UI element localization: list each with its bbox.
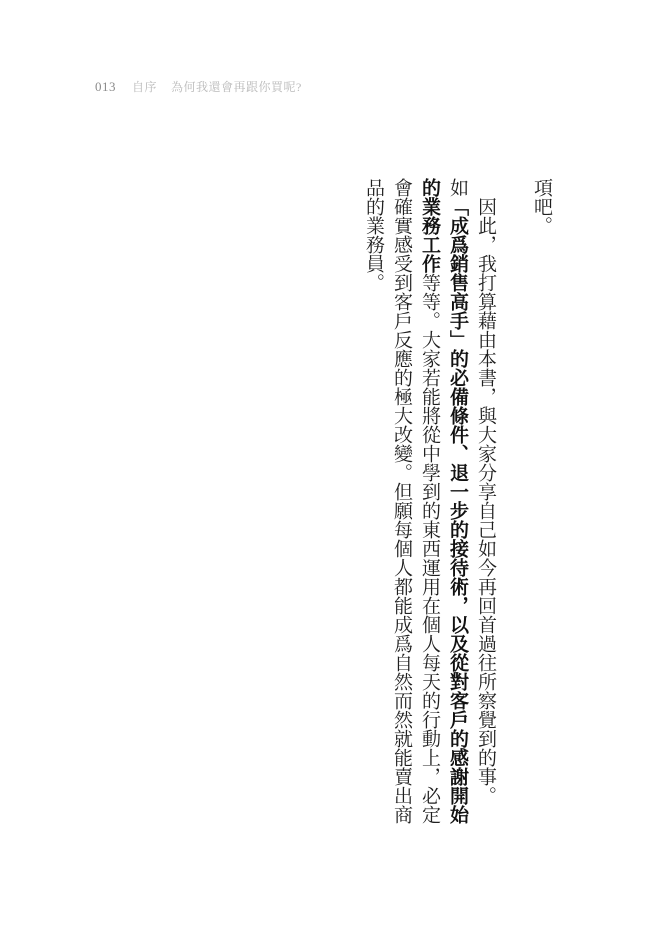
text-column: 因此，我打算藉由本書，與大家分享自己如今再回首過往所察覺到的事。 (471, 178, 499, 830)
bold-text-segment: 的業務工作 (419, 178, 440, 273)
running-header: 013自序為何我還會再跟你買呢? (95, 78, 302, 95)
text-column: 的業務工作等等。大家若能將從中學到的東西運用在個人每天的行動上，必定 (415, 178, 443, 830)
text-segment: 如 (447, 178, 468, 197)
blank-column (499, 178, 527, 830)
bold-text-segment: 「成爲銷售高手」的必備條件、退一步的接待術，以及從對客戶的感謝開始 (447, 197, 468, 824)
chapter-title: 為何我還會再跟你買呢? (171, 80, 302, 94)
vertical-text-block: 項吧。 因此，我打算藉由本書，與大家分享自己如今再回首過往所察覺到的事。如「成爲… (359, 178, 555, 830)
text-segment: 因此，我打算藉由本書，與大家分享自己如今再回首過往所察覺到的事。 (475, 197, 496, 805)
text-column: 如「成爲銷售高手」的必備條件、退一步的接待術，以及從對客戶的感謝開始 (443, 178, 471, 830)
text-column: 項吧。 (527, 178, 555, 830)
book-page: 013自序為何我還會再跟你買呢? 項吧。 因此，我打算藉由本書，與大家分享自己如… (0, 0, 663, 932)
page-number: 013 (95, 79, 116, 94)
text-segment: 品的業務員。 (363, 178, 384, 292)
text-segment: 等等。大家若能將從中學到的東西運用在個人每天的行動上，必定 (419, 273, 440, 824)
text-column: 會確實感受到客戶反應的極大改變。但願每個人都能成爲自然而然就能賣出商 (387, 178, 415, 830)
text-column: 品的業務員。 (359, 178, 387, 830)
section-label: 自序 (132, 80, 157, 94)
text-segment: 會確實感受到客戶反應的極大改變。但願每個人都能成爲自然而然就能賣出商 (391, 178, 412, 824)
text-segment: 項吧。 (531, 178, 552, 235)
